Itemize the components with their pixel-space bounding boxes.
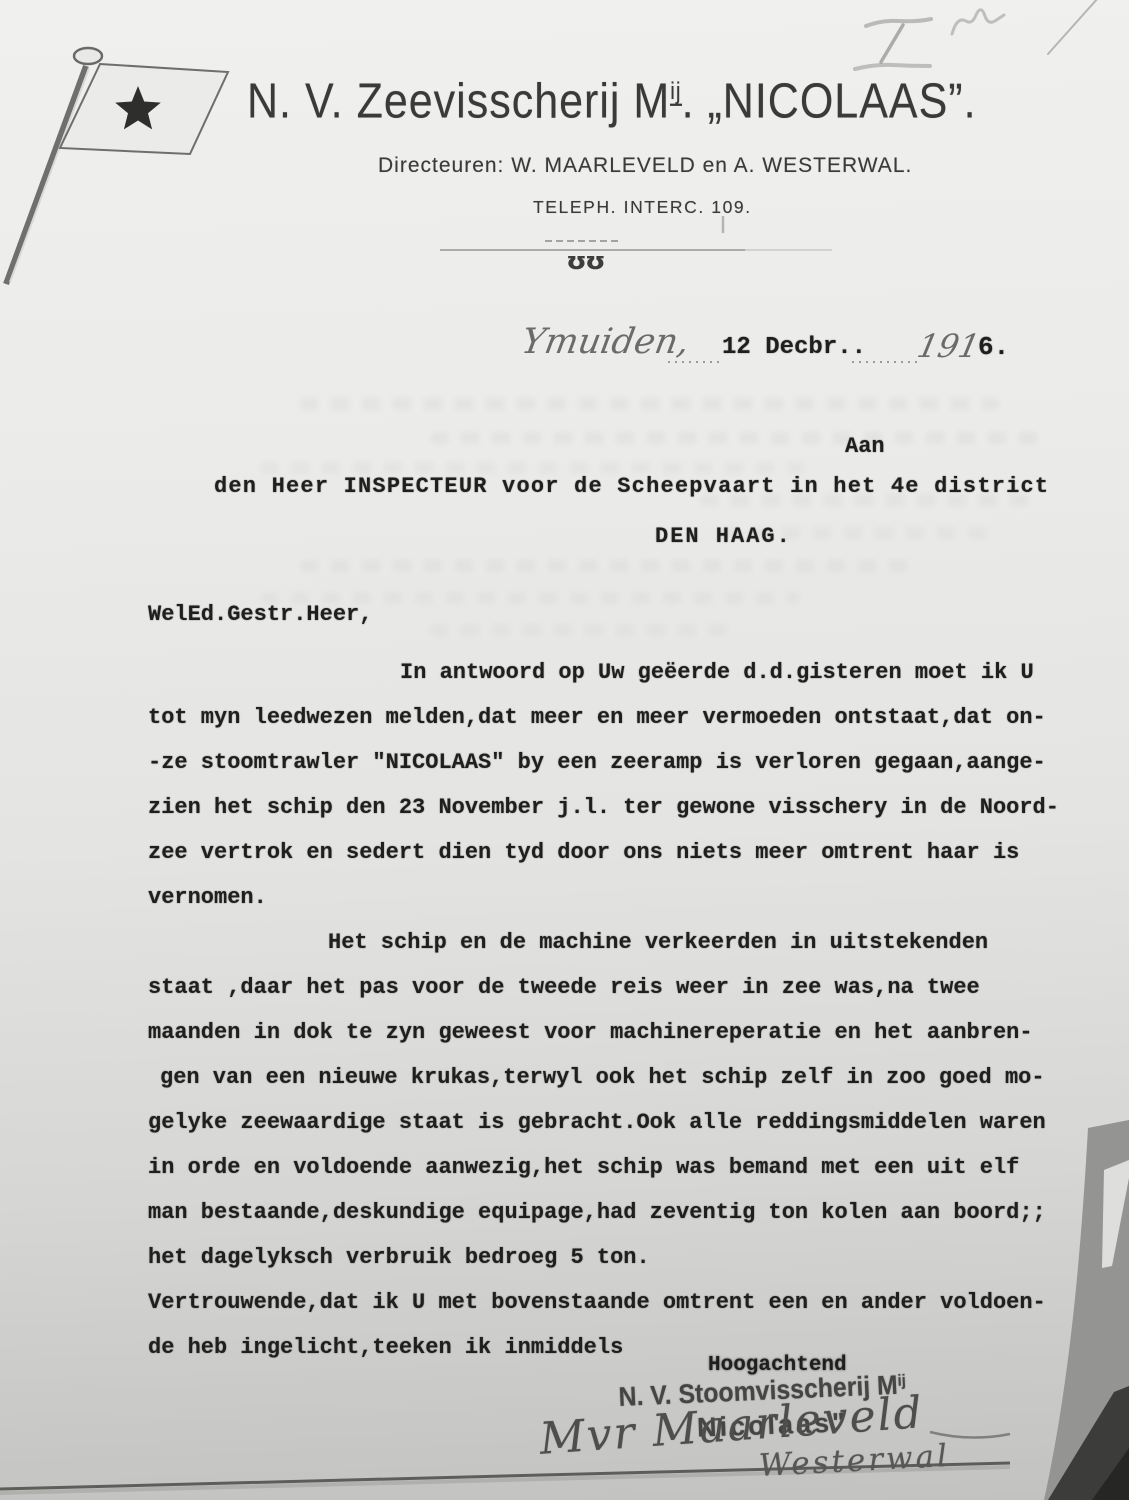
body-line: Het schip en de machine verkeerden in ui… [148,920,1078,965]
body-line: -ze stoomtrawler "NICOLAAS" by een zeera… [148,740,1078,785]
company-name: N. V. Zeevisscherij Mij. „NICOLAAS”. [247,74,977,130]
body-line: tot myn leedwezen melden,dat meer en mee… [148,695,1078,740]
dateline-date-typed: 12 Decbr.. [722,334,866,361]
dateline-year-printed: 191 [914,327,983,365]
addressee-aan: Aan [845,434,885,459]
body-line: gelyke zeewaardige staat is gebracht.Ook… [148,1100,1078,1145]
body-line: in orde en voldoende aanwezig,het schip … [148,1145,1078,1190]
body-line: man bestaande,deskundige equipage,had ze… [148,1190,1078,1235]
directors-line: Directeuren: W. MAARLEVELD en A. WESTERW… [378,154,912,178]
body-line: staat ,daar het pas voor de tweede reis … [148,965,1078,1010]
body-line: Vertrouwende,dat ik U met bovenstaande o… [148,1280,1078,1325]
body-line: vernomen. [148,875,1078,920]
body-line: zien het schip den 23 November j.l. ter … [148,785,1078,830]
stamp-superscript: ij [897,1372,906,1389]
body-line: zee vertrok en sedert dien tyd door ons … [148,830,1078,875]
addressee-line2: DEN HAAG. [655,524,792,549]
scanned-letter: { "letterhead": { "company_prefix": "N. … [0,0,1129,1500]
body-line: het dagelyksch verbruik bedroeg 5 ton. [148,1235,1078,1280]
body-line: de heb ingelicht,teeken ik inmiddels [148,1325,1078,1370]
signature-flourish [930,1432,1010,1438]
company-name-rest: . „NICOLAAS”. [682,74,977,129]
body-line: maanden in dok te zyn geweest voor machi… [148,1010,1078,1055]
salutation: WelEd.Gestr.Heer, [148,602,372,627]
dateline-year-typed: 6. [978,332,1009,362]
letter-body: In antwoord op Uw geëerde d.d.gisteren m… [148,650,1078,1370]
body-line: gen van een nieuwe krukas,terwyl ook het… [148,1055,1078,1100]
company-name-prefix: N. V. Zeevisscherij M [247,74,670,129]
body-line: In antwoord op Uw geëerde d.d.gisteren m… [148,650,1078,695]
telephone-line: TELEPH. INTERC. 109. [533,197,752,218]
dateline-place: Ymuiden, [518,322,692,362]
flag-emblem [6,48,228,284]
header-ornament: ʊʊ [566,248,604,276]
addressee-line1: den Heer INSPECTEUR voor de Scheepvaart … [214,474,1049,499]
company-name-superscript: ij [670,80,681,106]
pencil-annotation [855,0,1098,69]
